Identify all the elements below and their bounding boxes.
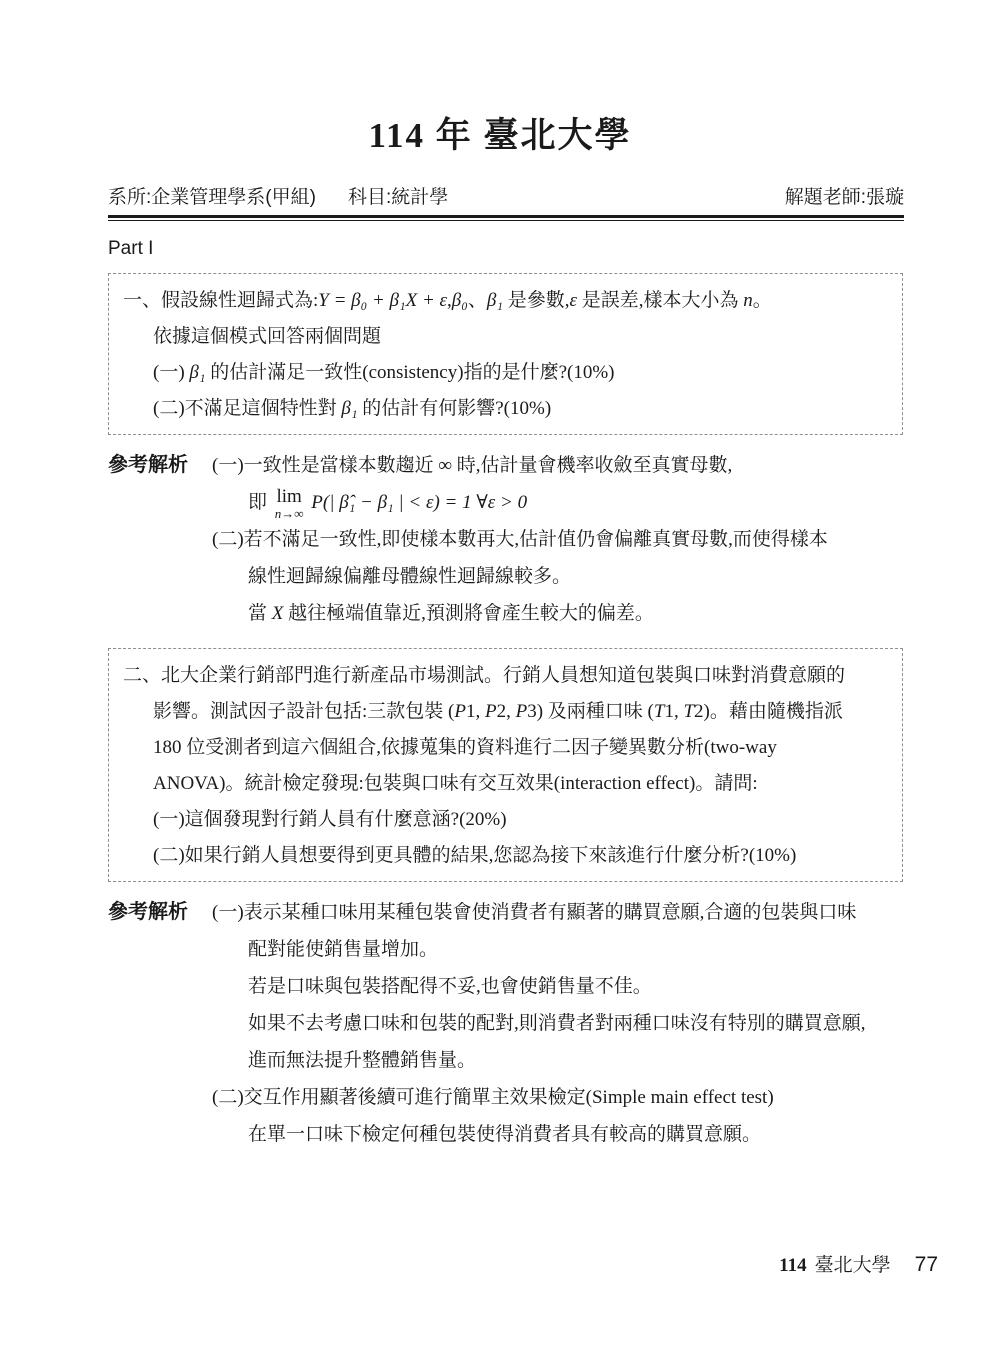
text-segment: 是參數, xyxy=(503,290,570,311)
question-box: 二、北大企業行銷部門進行新產品市場測試。行銷人員想知道包裝與口味對消費意願的影響… xyxy=(108,648,903,882)
footer-school: 臺北大學 xyxy=(815,1255,891,1276)
solution-label: 參考解析 xyxy=(108,447,194,632)
text-segment: 越往極端值靠近,預測將會產生較大的偏差。 xyxy=(283,603,654,624)
text-segment: (二)交互作用顯著後續可進行簡單主效果檢定 xyxy=(212,1087,586,1108)
exam-solution-page: 114 年 臺北大學 系所:企業管理學系(甲組)科目:統計學 解題老師:張璇 P… xyxy=(0,0,1000,1353)
solution-block: 參考解析(一)表示某種口味用某種包裝會使消費者有顯著的購買意願,合適的包裝與口味… xyxy=(108,894,903,1153)
text-segment: (一)一致性是當樣本數趨近 xyxy=(212,455,438,476)
math-segment: β₁ xyxy=(341,398,357,419)
text-segment: 若是口味與包裝搭配得不妥,也會使銷售量不佳。 xyxy=(248,976,652,997)
latin-segment: 3) xyxy=(527,701,543,722)
page-title: 114 年 臺北大學 xyxy=(0,112,1000,160)
latin-segment: (interaction effect) xyxy=(554,773,696,794)
solution-line: 進而無法提升整體銷售量。 xyxy=(212,1042,903,1079)
text-segment: 如果不去考慮口味和包裝的配對,則消費者對兩種口味沒有特別的購買意願, xyxy=(248,1013,866,1034)
math-segment: ∀ε > 0 xyxy=(472,492,528,513)
text-segment: 在單一口味下檢定何種包裝使得消費者具有較高的購買意願。 xyxy=(248,1124,761,1145)
latin-segment: (10%) xyxy=(504,398,551,419)
solution-line: 在單一口味下檢定何種包裝使得消費者具有較高的購買意願。 xyxy=(212,1116,903,1153)
solution-body: (一)表示某種口味用某種包裝會使消費者有顯著的購買意願,合適的包裝與口味配對能使… xyxy=(212,894,903,1153)
solution-line: (一)一致性是當樣本數趨近 ∞ 時,估計量會機率收斂至真實母數, xyxy=(212,447,903,484)
question-line: 180 位受測者到這六個組合,依據蒐集的資料進行二因子變異數分析(two-way xyxy=(123,730,888,766)
math-segment: ∞ xyxy=(438,455,452,476)
footer-year: 114 xyxy=(779,1255,806,1276)
text-segment: 的估計滿足一致性 xyxy=(205,362,362,383)
text-segment: 。請問: xyxy=(695,773,757,794)
latin-segment: ANOVA) xyxy=(153,773,225,794)
department-label: 系所:企業管理學系(甲組) xyxy=(108,187,316,208)
text-segment: 二、北大企業行銷部門進行新產品市場測試。行銷人員想知道包裝與口味對消費意願的 xyxy=(123,665,845,686)
question-line: ANOVA)。統計檢定發現:包裝與口味有交互效果(interaction eff… xyxy=(123,766,888,802)
latin-segment: 1, xyxy=(466,701,485,722)
math-segment: T xyxy=(683,701,694,722)
solution-line: 即 limn→∞ P(| β̂₁ − β₁ | < ε) = 1 ∀ε > 0 xyxy=(212,484,903,521)
text-segment: 影響。測試因子設計包括:三款包裝 xyxy=(153,701,448,722)
latin-segment: (10%) xyxy=(567,362,614,383)
math-segment: X xyxy=(272,603,284,624)
latin-segment: 2, xyxy=(497,701,516,722)
math-segment: P(| β̂₁ − β₁ | < ε) = 1 xyxy=(307,492,472,513)
solver-label: 解題老師:張璇 xyxy=(785,186,904,210)
math-segment: n xyxy=(743,290,753,311)
header-divider xyxy=(108,215,904,221)
questions-container: 一、假設線性迴歸式為:Y = β₀ + β₁X + ε,β₀、β₁ 是參數,ε … xyxy=(0,273,1000,1153)
text-segment: 位受測者到這六個組合,依據蒐集的資料進行二因子變異數分析 xyxy=(182,737,705,758)
question-box: 一、假設線性迴歸式為:Y = β₀ + β₁X + ε,β₀、β₁ 是參數,ε … xyxy=(108,273,903,435)
solution-block: 參考解析(一)一致性是當樣本數趨近 ∞ 時,估計量會機率收斂至真實母數,即 li… xyxy=(108,447,903,632)
latin-segment: (10%) xyxy=(749,845,796,866)
header-left: 系所:企業管理學系(甲組)科目:統計學 xyxy=(108,186,448,210)
math-segment: P xyxy=(454,701,466,722)
math-segment: T xyxy=(654,701,665,722)
solution-line: 如果不去考慮口味和包裝的配對,則消費者對兩種口味沒有特別的購買意願, xyxy=(212,1005,903,1042)
math-segment: P xyxy=(516,701,528,722)
text-segment: 。統計檢定發現:包裝與口味有交互效果 xyxy=(225,773,553,794)
text-segment: 進而無法提升整體銷售量。 xyxy=(248,1050,476,1071)
question-line: (二)不滿足這個特性對 β₁ 的估計有何影響?(10%) xyxy=(123,391,888,427)
text-segment: 指的是什麼? xyxy=(464,362,567,383)
page-footer: 114臺北大學77 xyxy=(779,1252,938,1279)
text-segment: (二)不滿足這個特性對 xyxy=(153,398,341,419)
text-segment: 依據這個模式回答兩個問題 xyxy=(153,326,381,347)
latin-segment: (20%) xyxy=(459,809,506,830)
text-segment: 。藉由隨機指派 xyxy=(710,701,843,722)
text-segment: 、 xyxy=(468,290,487,311)
solution-line: 當 X 越往極端值靠近,預測將會產生較大的偏差。 xyxy=(212,595,903,632)
solution-line: (二)交互作用顯著後續可進行簡單主效果檢定(Simple main effect… xyxy=(212,1079,903,1116)
solution-line: 若是口味與包裝搭配得不妥,也會使銷售量不佳。 xyxy=(212,968,903,1005)
latin-segment: (two-way xyxy=(704,737,777,758)
text-segment: 是誤差,樣本大小為 xyxy=(577,290,743,311)
math-segment: Y = β₀ + β₁X + ε xyxy=(318,290,447,311)
latin-segment: (Simple main effect test) xyxy=(586,1087,774,1108)
text-segment: (一)表示某種口味用某種包裝會使消費者有顯著的購買意願,合適的包裝與口味 xyxy=(212,902,856,923)
footer-page-number: 77 xyxy=(915,1253,938,1276)
text-segment: 時,估計量會機率收斂至真實母數, xyxy=(452,455,732,476)
question-line: (一)這個發現對行銷人員有什麼意涵?(20%) xyxy=(123,802,888,838)
text-segment: (二)若不滿足一致性,即使樣本數再大,估計值仍會偏離真實母數,而使得樣本 xyxy=(212,529,828,550)
latin-segment: 1, xyxy=(664,701,683,722)
exam-header: 系所:企業管理學系(甲組)科目:統計學 解題老師:張璇 xyxy=(108,186,904,210)
subject-label: 科目:統計學 xyxy=(348,187,448,208)
math-segment: P xyxy=(485,701,497,722)
text-segment: (一) xyxy=(153,362,189,383)
text-segment: 。 xyxy=(753,290,772,311)
text-segment: (一)這個發現對行銷人員有什麼意涵? xyxy=(153,809,459,830)
question-line: (二)如果行銷人員想要得到更具體的結果,您認為接下來該進行什麼分析?(10%) xyxy=(123,838,888,874)
question-line: 依據這個模式回答兩個問題 xyxy=(123,319,888,355)
lim-word: lim xyxy=(276,487,301,506)
solution-label: 參考解析 xyxy=(108,894,194,1153)
solution-body: (一)一致性是當樣本數趨近 ∞ 時,估計量會機率收斂至真實母數,即 limn→∞… xyxy=(212,447,903,632)
solution-line: 配對能使銷售量增加。 xyxy=(212,931,903,968)
limit-notation: limn→∞ xyxy=(275,487,304,520)
text-segment: 線性迴歸線偏離母體線性迴歸線較多。 xyxy=(248,566,571,587)
text-segment: 一、假設線性迴歸式為: xyxy=(123,290,318,311)
question-line: 二、北大企業行銷部門進行新產品市場測試。行銷人員想知道包裝與口味對消費意願的 xyxy=(123,658,888,694)
question-line: 影響。測試因子設計包括:三款包裝 (P1, P2, P3) 及兩種口味 (T1,… xyxy=(123,694,888,730)
text-segment: (二)如果行銷人員想要得到更具體的結果,您認為接下來該進行什麼分析? xyxy=(153,845,749,866)
latin-segment: 180 xyxy=(153,737,182,758)
math-segment: β₁ xyxy=(189,362,205,383)
solution-line: 線性迴歸線偏離母體線性迴歸線較多。 xyxy=(212,558,903,595)
latin-segment: 2) xyxy=(694,701,710,722)
latin-segment: (consistency) xyxy=(362,362,463,383)
text-segment: 當 xyxy=(248,603,272,624)
text-segment: 配對能使銷售量增加。 xyxy=(248,939,438,960)
text-segment: 的估計有何影響? xyxy=(357,398,503,419)
math-segment: ε xyxy=(569,290,577,311)
question-line: (一) β₁ 的估計滿足一致性(consistency)指的是什麼?(10%) xyxy=(123,355,888,391)
solution-line: (一)表示某種口味用某種包裝會使消費者有顯著的購買意願,合適的包裝與口味 xyxy=(212,894,903,931)
solution-line: (二)若不滿足一致性,即使樣本數再大,估計值仍會偏離真實母數,而使得樣本 xyxy=(212,521,903,558)
text-segment: 即 xyxy=(248,492,272,513)
math-segment: β₁ xyxy=(487,290,503,311)
text-segment: 及兩種口味 xyxy=(543,701,648,722)
question-line: 一、假設線性迴歸式為:Y = β₀ + β₁X + ε,β₀、β₁ 是參數,ε … xyxy=(123,283,888,319)
lim-under: n→∞ xyxy=(275,507,304,520)
part-label: Part I xyxy=(108,237,1000,261)
math-segment: β₀ xyxy=(452,290,468,311)
